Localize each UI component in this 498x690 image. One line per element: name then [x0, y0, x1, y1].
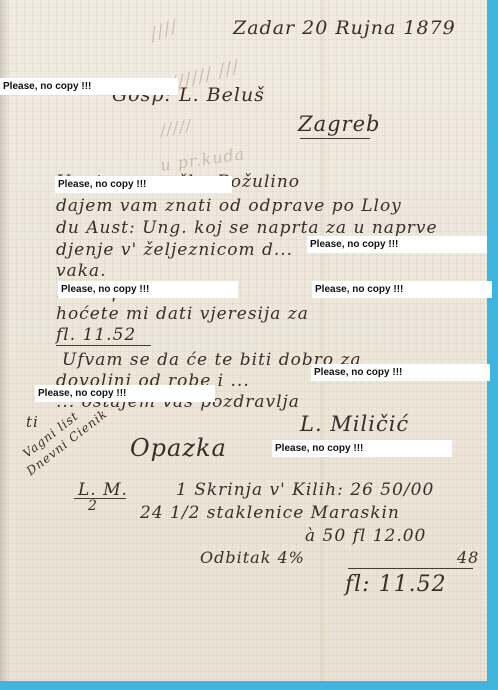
copy-watermark: Please, no copy !!!	[312, 281, 492, 298]
invoice-total: fl: 11.52	[345, 572, 447, 597]
ink-bleed-mark: u pr.kuda	[159, 144, 246, 175]
invoice-line-3: à 50 fl 12.00	[305, 526, 426, 546]
city: Zagreb	[298, 112, 380, 136]
ink-bleed-mark: /////	[159, 115, 194, 139]
city-underline	[300, 138, 370, 139]
page-shadow	[0, 0, 10, 681]
invoice-mark-number: 2	[88, 498, 98, 514]
body-line-5: vaka.	[56, 261, 107, 281]
discount-label: Odbitak 4%	[200, 548, 305, 567]
body-line-7: hoćete mi dati vjeresija za	[56, 304, 309, 324]
place-date: Zadar 20 Rujna 1879	[233, 17, 456, 39]
copy-watermark: Please, no copy !!!	[58, 281, 238, 298]
amount-underline	[56, 345, 151, 346]
signature: L. Miličić	[300, 412, 409, 436]
body-line-3: du Aust: Ung. koj se naprta za u naprve	[56, 218, 438, 238]
copy-watermark: Please, no copy !!!	[307, 236, 487, 253]
ink-bleed-mark: ////	[147, 16, 181, 45]
copy-watermark: Please, no copy !!!	[272, 440, 452, 457]
body-line-4: djenje v' željeznicom d...	[56, 240, 293, 260]
body-line-2: dajem vam znati od odprave po Lloy	[56, 196, 402, 216]
invoice-line-1: 1 Skrinja v' Kilih: 26 50/00	[176, 480, 434, 500]
invoice-line-2: 24 1/2 staklenice Maraskin	[140, 503, 400, 523]
copy-watermark: Please, no copy !!!	[0, 78, 178, 95]
letter-paper: //// ////// /// ///// u pr.kuda Zadar 20…	[0, 0, 487, 681]
invoice-mark: L. M.	[78, 480, 128, 500]
copy-watermark: Please, no copy !!!	[55, 176, 232, 193]
copy-watermark: Please, no copy !!!	[311, 364, 490, 381]
copy-watermark: Please, no copy !!!	[35, 385, 215, 402]
remark-heading: Opazka	[130, 434, 227, 462]
body-line-8: fl. 11.52	[56, 325, 136, 345]
discount-value: 48	[457, 548, 479, 567]
mark-underline	[74, 498, 126, 499]
total-rule	[348, 568, 473, 569]
